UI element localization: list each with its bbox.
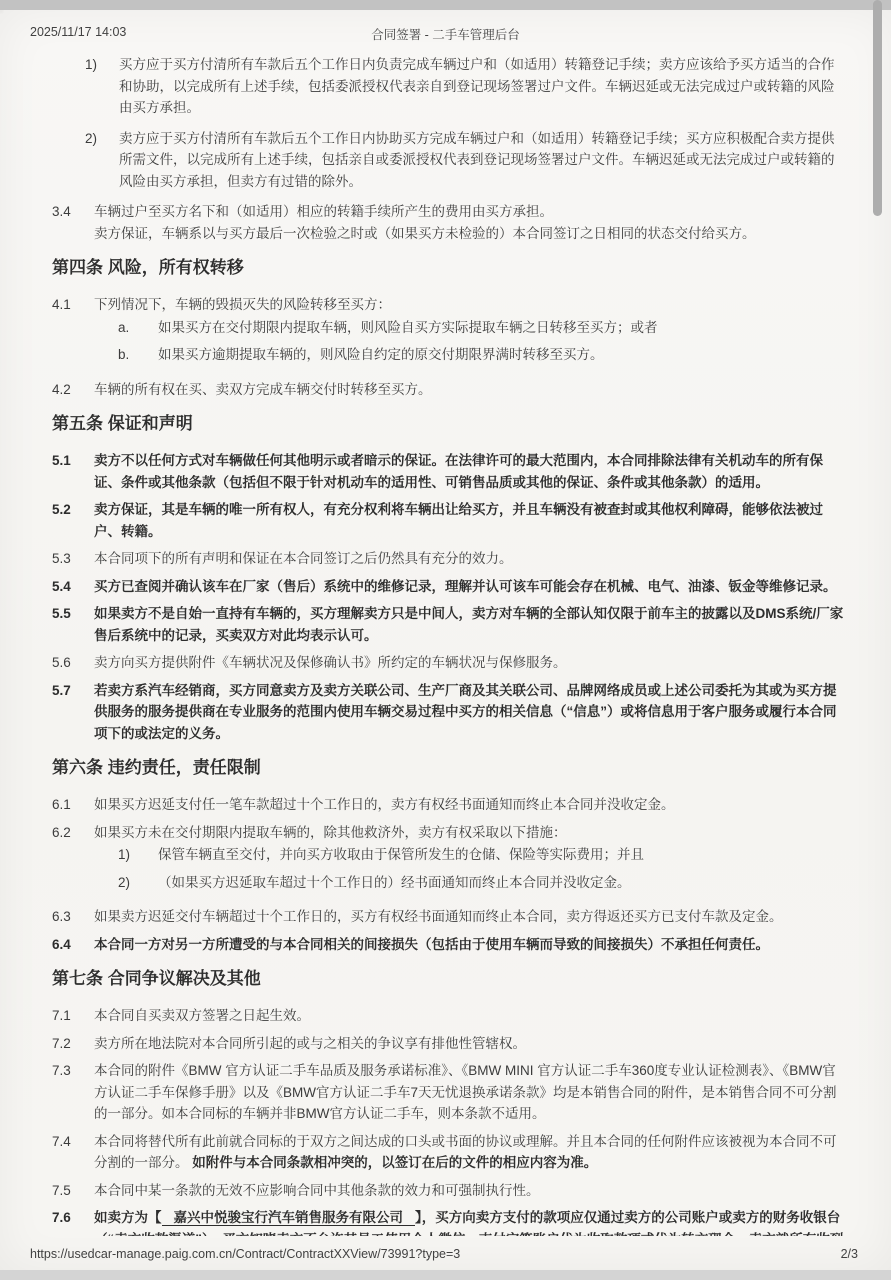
clause-3-4: 3.4 车辆过户至买方名下和（如适用）相应的转籍手续所产生的费用由买方承担。 卖…	[52, 201, 847, 244]
clause-line: 车辆过户至买方名下和（如适用）相应的转籍手续所产生的费用由买方承担。	[94, 201, 847, 223]
sub-item-b: b. 如果买方逾期提取车辆的，则风险自约定的原交付期限界满时转移至买方。	[118, 344, 847, 366]
print-preview-screen: 合同签署 - 二手车管理后台 2025/11/17 14:03 1) 买方应于买…	[0, 0, 891, 1280]
clause-text: 如卖方为【嘉兴中悦骏宝行汽车销售服务有限公司】，买方向卖方支付的款项应仅通过卖方…	[94, 1207, 847, 1236]
clause-7-6: 7.6 如卖方为【嘉兴中悦骏宝行汽车销售服务有限公司】，买方向卖方支付的款项应仅…	[52, 1207, 847, 1236]
clause-5-2: 5.2 卖方保证，其是车辆的唯一所有权人，有充分权利将车辆出让给买方，并且车辆没…	[52, 499, 847, 542]
clause-6-2: 6.2 如果买方未在交付期限内提取车辆的，除其他救济外，卖方有权采取以下措施：	[52, 822, 847, 844]
clause-number: 6.3	[52, 906, 94, 928]
contract-body: 1) 买方应于买方付清所有车款后五个工作日内负责完成车辆过户和（如适用）转籍登记…	[52, 54, 847, 1236]
section-heading-7: 第七条 合同争议解决及其他	[52, 967, 847, 991]
sub-item-text: 保管车辆直至交付，并向买方收取由于保管所发生的仓储、保险等实际费用；并且	[158, 844, 847, 866]
sub-item-6-2-2: 2) （如果买方迟延取车超过十个工作日的）经书面通知而终止本合同并没收定金。	[118, 872, 847, 894]
clause-text: 本合同项下的所有声明和保证在本合同签订之后仍然具有充分的效力。	[94, 548, 847, 570]
section-heading-6: 第六条 违约责任，责任限制	[52, 756, 847, 780]
clause-5-6: 5.6 卖方向买方提供附件《车辆状况及保修确认书》所约定的车辆状况与保修服务。	[52, 652, 847, 674]
section-heading-5: 第五条 保证和声明	[52, 412, 847, 436]
print-footer: https://usedcar-manage.paig.com.cn/Contr…	[30, 1247, 858, 1261]
clause-6-4: 6.4 本合同一方对另一方所遭受的与本合同相关的间接损失（包括由于使用车辆而导致…	[52, 934, 847, 956]
clause-number: 5.6	[52, 652, 94, 674]
clause-text: 如果买方迟延支付任一笔车款超过十个工作日的，卖方有权经书面通知而终止本合同并没收…	[94, 794, 847, 816]
sub-item-number: b.	[118, 344, 158, 366]
clause-number: 5.1	[52, 450, 94, 493]
seller-company-name: 嘉兴中悦骏宝行汽车销售服务有限公司	[162, 1210, 416, 1226]
item-text: 卖方应于买方付清所有车款后五个工作日内协助买方完成车辆过户和（如适用）转籍登记手…	[119, 128, 847, 193]
clause-text: 下列情况下，车辆的毁损灭失的风险转移至买方：	[94, 294, 847, 316]
print-header: 合同签署 - 二手车管理后台 2025/11/17 14:03	[30, 25, 861, 41]
sub-item-number: 1)	[118, 844, 158, 866]
clause-number: 6.4	[52, 934, 94, 956]
item-number: 2)	[85, 128, 119, 193]
clause-7-4: 7.4 本合同将替代所有此前就合同标的于双方之间达成的口头或书面的协议或理解。并…	[52, 1131, 847, 1174]
clause-number: 5.4	[52, 576, 94, 598]
clause-number: 5.3	[52, 548, 94, 570]
clause-text: 车辆的所有权在买、卖双方完成车辆交付时转移至买方。	[94, 379, 847, 401]
clause-5-5: 5.5 如果卖方不是自始一直持有车辆的，买方理解卖方只是中间人，卖方对车辆的全部…	[52, 603, 847, 646]
clause-number: 7.4	[52, 1131, 94, 1174]
clause-number: 4.2	[52, 379, 94, 401]
item-text: 买方应于买方付清所有车款后五个工作日内负责完成车辆过户和（如适用）转籍登记手续；…	[119, 54, 847, 119]
clause-number: 5.5	[52, 603, 94, 646]
clause-number: 5.2	[52, 499, 94, 542]
clause-text: 若卖方系汽车经销商，买方同意卖方及卖方关联公司、生产厂商及其关联公司、品牌网络成…	[94, 680, 847, 745]
clause-number: 7.2	[52, 1033, 94, 1055]
clause-text: 如果卖方迟延交付车辆超过十个工作日的，买方有权经书面通知而终止本合同，卖方得返还…	[94, 906, 847, 928]
sub-item-number: 2)	[118, 872, 158, 894]
clause-text: 卖方所在地法院对本合同所引起的或与之相关的争议享有排他性管辖权。	[94, 1033, 847, 1055]
clause-text-prefix: 如卖方为【	[94, 1210, 162, 1225]
clause-text: 如果买方未在交付期限内提取车辆的，除其他救济外，卖方有权采取以下措施：	[94, 822, 847, 844]
list-item-2: 2) 卖方应于买方付清所有车款后五个工作日内协助买方完成车辆过户和（如适用）转籍…	[85, 128, 847, 193]
clause-text: 如果卖方不是自始一直持有车辆的，买方理解卖方只是中间人，卖方对车辆的全部认知仅限…	[94, 603, 847, 646]
clause-text: 买方已查阅并确认该车在厂家（售后）系统中的维修记录，理解并认可该车可能会存在机械…	[94, 576, 847, 598]
clause-number: 7.3	[52, 1060, 94, 1125]
clause-text: 车辆过户至买方名下和（如适用）相应的转籍手续所产生的费用由买方承担。 卖方保证，…	[94, 201, 847, 244]
clause-5-7: 5.7 若卖方系汽车经销商，买方同意卖方及卖方关联公司、生产厂商及其关联公司、品…	[52, 680, 847, 745]
clause-6-1: 6.1 如果买方迟延支付任一笔车款超过十个工作日的，卖方有权经书面通知而终止本合…	[52, 794, 847, 816]
sub-item-text: 如果买方逾期提取车辆的，则风险自约定的原交付期限界满时转移至买方。	[158, 344, 847, 366]
clause-6-3: 6.3 如果卖方迟延交付车辆超过十个工作日的，买方有权经书面通知而终止本合同，卖…	[52, 906, 847, 928]
sub-item-text: 如果买方在交付期限内提取车辆，则风险自买方实际提取车辆之日转移至买方；或者	[158, 317, 847, 339]
item-number: 1)	[85, 54, 119, 119]
clause-4-2: 4.2 车辆的所有权在买、卖双方完成车辆交付时转移至买方。	[52, 379, 847, 401]
clause-number: 7.6	[52, 1207, 94, 1236]
clause-number: 3.4	[52, 201, 94, 244]
clause-text: 本合同自买卖双方签署之日起生效。	[94, 1005, 847, 1027]
viewer-chrome-bottom	[0, 1270, 891, 1280]
clause-number: 7.1	[52, 1005, 94, 1027]
clause-number: 7.5	[52, 1180, 94, 1202]
clause-number: 6.2	[52, 822, 94, 844]
clause-text: 本合同一方对另一方所遭受的与本合同相关的间接损失（包括由于使用车辆而导致的间接损…	[94, 934, 847, 956]
clause-5-1: 5.1 卖方不以任何方式对车辆做任何其他明示或者暗示的保证。在法律许可的最大范围…	[52, 450, 847, 493]
clause-line: 卖方保证，车辆系以与买方最后一次检验之时或（如果买方未检验的）本合同签订之日相同…	[94, 223, 847, 245]
clause-5-3: 5.3 本合同项下的所有声明和保证在本合同签订之后仍然具有充分的效力。	[52, 548, 847, 570]
clause-text-bold: 如附件与本合同条款相冲突的，以签订在后的文件的相应内容为准。	[192, 1155, 597, 1170]
clause-7-2: 7.2 卖方所在地法院对本合同所引起的或与之相关的争议享有排他性管辖权。	[52, 1033, 847, 1055]
footer-url: https://usedcar-manage.paig.com.cn/Contr…	[30, 1247, 460, 1261]
section-heading-4: 第四条 风险，所有权转移	[52, 256, 847, 280]
scrollbar-thumb[interactable]	[873, 0, 882, 216]
clause-5-4: 5.4 买方已查阅并确认该车在厂家（售后）系统中的维修记录，理解并认可该车可能会…	[52, 576, 847, 598]
clause-7-3: 7.3 本合同的附件《BMW 官方认证二手车品质及服务承诺标准》、《BMW MI…	[52, 1060, 847, 1125]
viewer-chrome-top	[0, 0, 891, 10]
clause-4-1: 4.1 下列情况下，车辆的毁损灭失的风险转移至买方：	[52, 294, 847, 316]
clause-text: 卖方向买方提供附件《车辆状况及保修确认书》所约定的车辆状况与保修服务。	[94, 652, 847, 674]
clause-7-1: 7.1 本合同自买卖双方签署之日起生效。	[52, 1005, 847, 1027]
sub-item-text: （如果买方迟延取车超过十个工作日的）经书面通知而终止本合同并没收定金。	[158, 872, 847, 894]
contract-page: 合同签署 - 二手车管理后台 2025/11/17 14:03 1) 买方应于买…	[0, 10, 891, 1270]
page-indicator: 2/3	[841, 1247, 858, 1261]
sub-item-number: a.	[118, 317, 158, 339]
list-item-1: 1) 买方应于买方付清所有车款后五个工作日内负责完成车辆过户和（如适用）转籍登记…	[85, 54, 847, 119]
print-timestamp: 2025/11/17 14:03	[30, 25, 126, 39]
print-title: 合同签署 - 二手车管理后台	[30, 25, 861, 43]
clause-text: 本合同中某一条款的无效不应影响合同中其他条款的效力和可强制执行性。	[94, 1180, 847, 1202]
clause-number: 6.1	[52, 794, 94, 816]
sub-item-6-2-1: 1) 保管车辆直至交付，并向买方收取由于保管所发生的仓储、保险等实际费用；并且	[118, 844, 847, 866]
clause-number: 4.1	[52, 294, 94, 316]
sub-item-a: a. 如果买方在交付期限内提取车辆，则风险自买方实际提取车辆之日转移至买方；或者	[118, 317, 847, 339]
clause-text: 卖方保证，其是车辆的唯一所有权人，有充分权利将车辆出让给买方，并且车辆没有被查封…	[94, 499, 847, 542]
clause-text: 卖方不以任何方式对车辆做任何其他明示或者暗示的保证。在法律许可的最大范围内，本合…	[94, 450, 847, 493]
clause-7-5: 7.5 本合同中某一条款的无效不应影响合同中其他条款的效力和可强制执行性。	[52, 1180, 847, 1202]
clause-text: 本合同将替代所有此前就合同标的于双方之间达成的口头或书面的协议或理解。并且本合同…	[94, 1131, 847, 1174]
clause-number: 5.7	[52, 680, 94, 745]
clause-text: 本合同的附件《BMW 官方认证二手车品质及服务承诺标准》、《BMW MINI 官…	[94, 1060, 847, 1125]
